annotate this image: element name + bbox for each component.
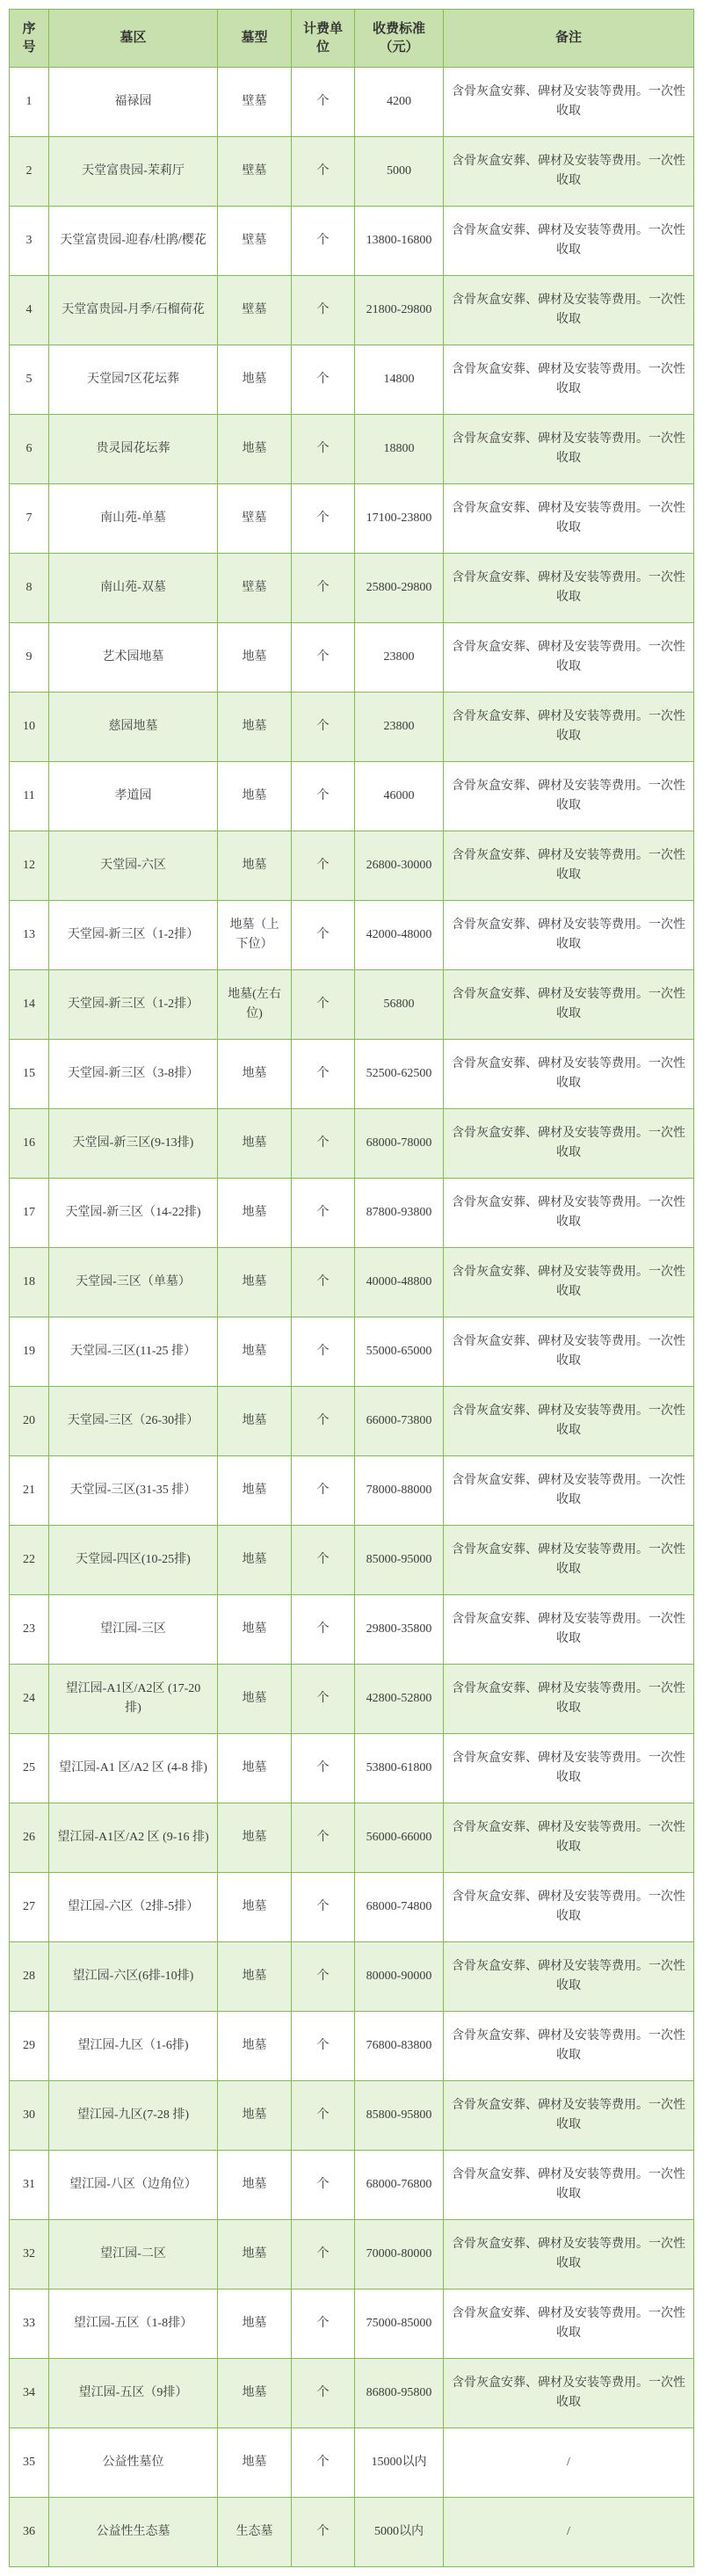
table-row: 15天堂园-新三区（3-8排）地墓个52500-62500含骨灰盒安葬、碑材及安…	[10, 1040, 694, 1109]
cell-unit: 个	[292, 1040, 355, 1109]
cell-price: 42000-48000	[355, 901, 444, 970]
cell-price: 26800-30000	[355, 831, 444, 901]
cell-type: 地墓	[218, 1803, 292, 1873]
cell-type: 地墓	[218, 1179, 292, 1248]
cell-note: 含骨灰盒安葬、碑材及安装等费用。一次性收取	[444, 1734, 694, 1803]
cell-note: 含骨灰盒安葬、碑材及安装等费用。一次性收取	[444, 623, 694, 693]
cell-area: 望江园-A1区/A2 区 (9-16 排)	[49, 1803, 218, 1873]
cell-unit: 个	[292, 1665, 355, 1734]
cell-no: 17	[10, 1179, 49, 1248]
cell-unit: 个	[292, 1387, 355, 1456]
cell-price: 17100-23800	[355, 484, 444, 554]
cell-area: 望江园-三区	[49, 1595, 218, 1665]
cell-note: 含骨灰盒安葬、碑材及安装等费用。一次性收取	[444, 2359, 694, 2428]
table-row: 2天堂富贵园-茉莉厅壁墓个5000含骨灰盒安葬、碑材及安装等费用。一次性收取	[10, 137, 694, 207]
cell-price: 80000-90000	[355, 1942, 444, 2012]
cell-type: 地墓	[218, 1040, 292, 1109]
column-header-unit: 计费单位	[292, 10, 355, 68]
cell-note: 含骨灰盒安葬、碑材及安装等费用。一次性收取	[444, 415, 694, 484]
cell-price: 87800-93800	[355, 1179, 444, 1248]
cell-note: 含骨灰盒安葬、碑材及安装等费用。一次性收取	[444, 2012, 694, 2081]
table-row: 17天堂园-新三区（14-22排)地墓个87800-93800含骨灰盒安葬、碑材…	[10, 1179, 694, 1248]
cell-price: 25800-29800	[355, 554, 444, 623]
cell-type: 地墓	[218, 415, 292, 484]
cell-no: 21	[10, 1456, 49, 1526]
cell-no: 29	[10, 2012, 49, 2081]
cell-note: 含骨灰盒安葬、碑材及安装等费用。一次性收取	[444, 68, 694, 137]
cell-area: 天堂富贵园-月季/石榴荷花	[49, 276, 218, 345]
cell-note: 含骨灰盒安葬、碑材及安装等费用。一次性收取	[444, 762, 694, 831]
cell-type: 地墓	[218, 1873, 292, 1942]
cell-note: 含骨灰盒安葬、碑材及安装等费用。一次性收取	[444, 1248, 694, 1317]
column-header-price: 收费标准（元）	[355, 10, 444, 68]
cell-area: 天堂园-三区（单墓）	[49, 1248, 218, 1317]
cell-price: 13800-16800	[355, 207, 444, 276]
cell-type: 地墓	[218, 2359, 292, 2428]
cell-note: 含骨灰盒安葬、碑材及安装等费用。一次性收取	[444, 1803, 694, 1873]
table-row: 25望江园-A1 区/A2 区 (4-8 排)地墓个53800-61800含骨灰…	[10, 1734, 694, 1803]
cell-unit: 个	[292, 68, 355, 137]
cell-note: 含骨灰盒安葬、碑材及安装等费用。一次性收取	[444, 1873, 694, 1942]
cell-type: 地墓	[218, 2428, 292, 2498]
table-row: 30望江园-九区(7-28 排)地墓个85800-95800含骨灰盒安葬、碑材及…	[10, 2081, 694, 2151]
cell-area: 天堂园-新三区(9-13排)	[49, 1109, 218, 1179]
cell-type: 地墓	[218, 1734, 292, 1803]
cell-note: 含骨灰盒安葬、碑材及安装等费用。一次性收取	[444, 137, 694, 207]
cell-area: 天堂园-新三区（1-2排）	[49, 970, 218, 1040]
table-row: 19天堂园-三区(11-25 排）地墓个55000-65000含骨灰盒安葬、碑材…	[10, 1317, 694, 1387]
cell-price: 56800	[355, 970, 444, 1040]
cell-unit: 个	[292, 762, 355, 831]
cell-area: 艺术园地墓	[49, 623, 218, 693]
cell-note: 含骨灰盒安葬、碑材及安装等费用。一次性收取	[444, 554, 694, 623]
cell-no: 5	[10, 345, 49, 415]
cell-area: 孝道园	[49, 762, 218, 831]
cell-area: 望江园-九区(7-28 排)	[49, 2081, 218, 2151]
table-row: 27望江园-六区（2排-5排）地墓个68000-74800含骨灰盒安葬、碑材及安…	[10, 1873, 694, 1942]
table-row: 12天堂园-六区地墓个26800-30000含骨灰盒安葬、碑材及安装等费用。一次…	[10, 831, 694, 901]
cell-type: 地墓	[218, 1109, 292, 1179]
cell-no: 24	[10, 1665, 49, 1734]
table-row: 32望江园-二区地墓个70000-80000含骨灰盒安葬、碑材及安装等费用。一次…	[10, 2220, 694, 2289]
cell-no: 36	[10, 2498, 49, 2567]
cell-price: 68000-74800	[355, 1873, 444, 1942]
cell-no: 8	[10, 554, 49, 623]
cell-no: 18	[10, 1248, 49, 1317]
cell-unit: 个	[292, 2289, 355, 2359]
column-header-type: 墓型	[218, 10, 292, 68]
cell-area: 天堂园-六区	[49, 831, 218, 901]
cell-type: 壁墓	[218, 554, 292, 623]
cell-price: 52500-62500	[355, 1040, 444, 1109]
cemetery-fee-table: 序号墓区墓型计费单位收费标准（元）备注 1福禄园壁墓个4200含骨灰盒安葬、碑材…	[9, 9, 694, 2567]
cell-unit: 个	[292, 484, 355, 554]
cell-price: 21800-29800	[355, 276, 444, 345]
cell-unit: 个	[292, 1734, 355, 1803]
table-row: 9艺术园地墓地墓个23800含骨灰盒安葬、碑材及安装等费用。一次性收取	[10, 623, 694, 693]
table-row: 31望江园-八区（边角位）地墓个68000-76800含骨灰盒安葬、碑材及安装等…	[10, 2151, 694, 2220]
cell-note: 含骨灰盒安葬、碑材及安装等费用。一次性收取	[444, 693, 694, 762]
cell-no: 25	[10, 1734, 49, 1803]
cell-type: 生态墓	[218, 2498, 292, 2567]
table-row: 13天堂园-新三区（1-2排）地墓（上下位）个42000-48000含骨灰盒安葬…	[10, 901, 694, 970]
cell-area: 慈园地墓	[49, 693, 218, 762]
cell-price: 86800-95800	[355, 2359, 444, 2428]
cell-area: 望江园-九区（1-6排)	[49, 2012, 218, 2081]
cell-type: 地墓	[218, 2220, 292, 2289]
cell-note: /	[444, 2498, 694, 2567]
cell-unit: 个	[292, 2498, 355, 2567]
cell-note: 含骨灰盒安葬、碑材及安装等费用。一次性收取	[444, 1179, 694, 1248]
table-row: 10慈园地墓地墓个23800含骨灰盒安葬、碑材及安装等费用。一次性收取	[10, 693, 694, 762]
cell-no: 28	[10, 1942, 49, 2012]
cell-unit: 个	[292, 2081, 355, 2151]
table-row: 20天堂园-三区（26-30排）地墓个66000-73800含骨灰盒安葬、碑材及…	[10, 1387, 694, 1456]
cell-type: 壁墓	[218, 276, 292, 345]
cell-price: 23800	[355, 623, 444, 693]
cell-no: 4	[10, 276, 49, 345]
cell-note: 含骨灰盒安葬、碑材及安装等费用。一次性收取	[444, 1595, 694, 1665]
cell-unit: 个	[292, 554, 355, 623]
cell-unit: 个	[292, 276, 355, 345]
header-row: 序号墓区墓型计费单位收费标准（元）备注	[10, 10, 694, 68]
table-row: 8南山苑-双墓壁墓个25800-29800含骨灰盒安葬、碑材及安装等费用。一次性…	[10, 554, 694, 623]
cell-price: 46000	[355, 762, 444, 831]
cell-type: 地墓	[218, 1248, 292, 1317]
cell-area: 天堂富贵园-茉莉厅	[49, 137, 218, 207]
cell-no: 9	[10, 623, 49, 693]
cell-price: 5000以内	[355, 2498, 444, 2567]
cell-price: 68000-76800	[355, 2151, 444, 2220]
cell-price: 53800-61800	[355, 1734, 444, 1803]
cell-unit: 个	[292, 2220, 355, 2289]
cell-note: 含骨灰盒安葬、碑材及安装等费用。一次性收取	[444, 207, 694, 276]
cell-type: 壁墓	[218, 137, 292, 207]
cell-note: 含骨灰盒安葬、碑材及安装等费用。一次性收取	[444, 901, 694, 970]
fee-table-body: 1福禄园壁墓个4200含骨灰盒安葬、碑材及安装等费用。一次性收取2天堂富贵园-茉…	[10, 68, 694, 2567]
cell-no: 13	[10, 901, 49, 970]
cell-area: 南山苑-双墓	[49, 554, 218, 623]
cell-price: 70000-80000	[355, 2220, 444, 2289]
cell-note: 含骨灰盒安葬、碑材及安装等费用。一次性收取	[444, 1387, 694, 1456]
cell-price: 76800-83800	[355, 2012, 444, 2081]
cell-no: 32	[10, 2220, 49, 2289]
table-row: 22天堂园-四区(10-25排)地墓个85000-95000含骨灰盒安葬、碑材及…	[10, 1526, 694, 1595]
cell-unit: 个	[292, 623, 355, 693]
cell-type: 地墓	[218, 1942, 292, 2012]
cell-no: 27	[10, 1873, 49, 1942]
cell-note: 含骨灰盒安葬、碑材及安装等费用。一次性收取	[444, 831, 694, 901]
cell-note: 含骨灰盒安葬、碑材及安装等费用。一次性收取	[444, 970, 694, 1040]
cell-price: 23800	[355, 693, 444, 762]
cell-note: 含骨灰盒安葬、碑材及安装等费用。一次性收取	[444, 484, 694, 554]
cell-area: 贵灵园花坛葬	[49, 415, 218, 484]
cell-no: 12	[10, 831, 49, 901]
table-row: 34望江园-五区（9排）地墓个86800-95800含骨灰盒安葬、碑材及安装等费…	[10, 2359, 694, 2428]
cell-area: 望江园-六区（2排-5排）	[49, 1873, 218, 1942]
cell-type: 壁墓	[218, 68, 292, 137]
cell-type: 地墓	[218, 623, 292, 693]
cell-unit: 个	[292, 1526, 355, 1595]
cell-type: 壁墓	[218, 207, 292, 276]
table-row: 35公益性墓位地墓个15000以内/	[10, 2428, 694, 2498]
table-row: 1福禄园壁墓个4200含骨灰盒安葬、碑材及安装等费用。一次性收取	[10, 68, 694, 137]
table-row: 36公益性生态墓生态墓个5000以内/	[10, 2498, 694, 2567]
cell-no: 23	[10, 1595, 49, 1665]
cell-no: 20	[10, 1387, 49, 1456]
cell-price: 4200	[355, 68, 444, 137]
table-row: 33望江园-五区（1-8排）地墓个75000-85000含骨灰盒安葬、碑材及安装…	[10, 2289, 694, 2359]
cell-no: 33	[10, 2289, 49, 2359]
cell-area: 天堂园-三区(31-35 排）	[49, 1456, 218, 1526]
cell-type: 壁墓	[218, 484, 292, 554]
table-row: 7南山苑-单墓壁墓个17100-23800含骨灰盒安葬、碑材及安装等费用。一次性…	[10, 484, 694, 554]
cell-area: 天堂富贵园-迎春/杜鹃/樱花	[49, 207, 218, 276]
table-row: 4天堂富贵园-月季/石榴荷花壁墓个21800-29800含骨灰盒安葬、碑材及安装…	[10, 276, 694, 345]
cell-unit: 个	[292, 207, 355, 276]
document-page: 序号墓区墓型计费单位收费标准（元）备注 1福禄园壁墓个4200含骨灰盒安葬、碑材…	[0, 0, 703, 2576]
cell-price: 66000-73800	[355, 1387, 444, 1456]
table-row: 14天堂园-新三区（1-2排）地墓(左右位)个56800含骨灰盒安葬、碑材及安装…	[10, 970, 694, 1040]
column-header-area: 墓区	[49, 10, 218, 68]
cell-unit: 个	[292, 1456, 355, 1526]
cell-unit: 个	[292, 1595, 355, 1665]
cell-unit: 个	[292, 1109, 355, 1179]
cell-note: 含骨灰盒安葬、碑材及安装等费用。一次性收取	[444, 1526, 694, 1595]
cell-area: 天堂园-三区(11-25 排）	[49, 1317, 218, 1387]
cell-type: 地墓	[218, 762, 292, 831]
cell-unit: 个	[292, 2428, 355, 2498]
cell-type: 地墓	[218, 1665, 292, 1734]
table-row: 23望江园-三区地墓个29800-35800含骨灰盒安葬、碑材及安装等费用。一次…	[10, 1595, 694, 1665]
cell-unit: 个	[292, 831, 355, 901]
cell-note: 含骨灰盒安葬、碑材及安装等费用。一次性收取	[444, 276, 694, 345]
cell-type: 地墓	[218, 1456, 292, 1526]
cell-note: 含骨灰盒安葬、碑材及安装等费用。一次性收取	[444, 1040, 694, 1109]
cell-price: 18800	[355, 415, 444, 484]
cell-note: 含骨灰盒安葬、碑材及安装等费用。一次性收取	[444, 1942, 694, 2012]
cell-type: 地墓	[218, 693, 292, 762]
cell-unit: 个	[292, 693, 355, 762]
cell-unit: 个	[292, 137, 355, 207]
cell-type: 地墓	[218, 2151, 292, 2220]
cell-note: 含骨灰盒安葬、碑材及安装等费用。一次性收取	[444, 1317, 694, 1387]
cell-note: 含骨灰盒安葬、碑材及安装等费用。一次性收取	[444, 2289, 694, 2359]
cell-no: 22	[10, 1526, 49, 1595]
cell-unit: 个	[292, 2151, 355, 2220]
cell-no: 2	[10, 137, 49, 207]
cell-price: 78000-88000	[355, 1456, 444, 1526]
cell-no: 1	[10, 68, 49, 137]
cell-unit: 个	[292, 345, 355, 415]
cell-unit: 个	[292, 415, 355, 484]
cell-no: 34	[10, 2359, 49, 2428]
cell-type: 地墓	[218, 1387, 292, 1456]
table-row: 6贵灵园花坛葬地墓个18800含骨灰盒安葬、碑材及安装等费用。一次性收取	[10, 415, 694, 484]
cell-area: 公益性生态墓	[49, 2498, 218, 2567]
table-row: 24望江园-A1区/A2区 (17-20 排)地墓个42800-52800含骨灰…	[10, 1665, 694, 1734]
cell-no: 16	[10, 1109, 49, 1179]
cell-unit: 个	[292, 1317, 355, 1387]
cell-no: 30	[10, 2081, 49, 2151]
cell-price: 55000-65000	[355, 1317, 444, 1387]
cell-note: /	[444, 2428, 694, 2498]
cell-price: 56000-66000	[355, 1803, 444, 1873]
cell-no: 26	[10, 1803, 49, 1873]
cell-no: 11	[10, 762, 49, 831]
cell-type: 地墓	[218, 2012, 292, 2081]
fee-table-header: 序号墓区墓型计费单位收费标准（元）备注	[10, 10, 694, 68]
cell-area: 天堂园-三区（26-30排）	[49, 1387, 218, 1456]
cell-type: 地墓	[218, 1595, 292, 1665]
cell-note: 含骨灰盒安葬、碑材及安装等费用。一次性收取	[444, 1456, 694, 1526]
cell-area: 望江园-五区（1-8排）	[49, 2289, 218, 2359]
cell-type: 地墓	[218, 831, 292, 901]
cell-area: 望江园-六区(6排-10排)	[49, 1942, 218, 2012]
cell-no: 35	[10, 2428, 49, 2498]
cell-note: 含骨灰盒安葬、碑材及安装等费用。一次性收取	[444, 2151, 694, 2220]
cell-type: 地墓	[218, 345, 292, 415]
cell-unit: 个	[292, 1873, 355, 1942]
cell-price: 85800-95800	[355, 2081, 444, 2151]
cell-note: 含骨灰盒安葬、碑材及安装等费用。一次性收取	[444, 2220, 694, 2289]
cell-price: 42800-52800	[355, 1665, 444, 1734]
table-row: 21天堂园-三区(31-35 排）地墓个78000-88000含骨灰盒安葬、碑材…	[10, 1456, 694, 1526]
cell-unit: 个	[292, 1248, 355, 1317]
cell-area: 望江园-五区（9排）	[49, 2359, 218, 2428]
table-row: 28望江园-六区(6排-10排)地墓个80000-90000含骨灰盒安葬、碑材及…	[10, 1942, 694, 2012]
cell-note: 含骨灰盒安葬、碑材及安装等费用。一次性收取	[444, 1109, 694, 1179]
cell-area: 福禄园	[49, 68, 218, 137]
cell-no: 6	[10, 415, 49, 484]
cell-unit: 个	[292, 901, 355, 970]
cell-price: 85000-95000	[355, 1526, 444, 1595]
cell-area: 南山苑-单墓	[49, 484, 218, 554]
cell-price: 75000-85000	[355, 2289, 444, 2359]
cell-no: 14	[10, 970, 49, 1040]
cell-note: 含骨灰盒安葬、碑材及安装等费用。一次性收取	[444, 1665, 694, 1734]
cell-area: 天堂园-新三区（14-22排)	[49, 1179, 218, 1248]
cell-price: 15000以内	[355, 2428, 444, 2498]
cell-no: 10	[10, 693, 49, 762]
column-header-no: 序号	[10, 10, 49, 68]
cell-type: 地墓	[218, 1526, 292, 1595]
cell-no: 19	[10, 1317, 49, 1387]
cell-no: 7	[10, 484, 49, 554]
cell-type: 地墓	[218, 2081, 292, 2151]
cell-unit: 个	[292, 2012, 355, 2081]
cell-unit: 个	[292, 1803, 355, 1873]
cell-area: 望江园-二区	[49, 2220, 218, 2289]
cell-type: 地墓	[218, 1317, 292, 1387]
cell-unit: 个	[292, 970, 355, 1040]
cell-no: 31	[10, 2151, 49, 2220]
cell-unit: 个	[292, 1179, 355, 1248]
cell-area: 望江园-八区（边角位）	[49, 2151, 218, 2220]
cell-unit: 个	[292, 2359, 355, 2428]
cell-area: 天堂园-四区(10-25排)	[49, 1526, 218, 1595]
cell-unit: 个	[292, 1942, 355, 2012]
table-row: 3天堂富贵园-迎春/杜鹃/樱花壁墓个13800-16800含骨灰盒安葬、碑材及安…	[10, 207, 694, 276]
table-row: 26望江园-A1区/A2 区 (9-16 排)地墓个56000-66000含骨灰…	[10, 1803, 694, 1873]
cell-no: 15	[10, 1040, 49, 1109]
cell-type: 地墓	[218, 2289, 292, 2359]
cell-price: 5000	[355, 137, 444, 207]
cell-area: 公益性墓位	[49, 2428, 218, 2498]
cell-price: 40000-48800	[355, 1248, 444, 1317]
table-row: 29望江园-九区（1-6排)地墓个76800-83800含骨灰盒安葬、碑材及安装…	[10, 2012, 694, 2081]
column-header-note: 备注	[444, 10, 694, 68]
cell-area: 天堂园-新三区（1-2排）	[49, 901, 218, 970]
cell-area: 天堂园-新三区（3-8排）	[49, 1040, 218, 1109]
cell-area: 天堂园7区花坛葬	[49, 345, 218, 415]
cell-price: 29800-35800	[355, 1595, 444, 1665]
cell-note: 含骨灰盒安葬、碑材及安装等费用。一次性收取	[444, 345, 694, 415]
table-row: 5天堂园7区花坛葬地墓个14800含骨灰盒安葬、碑材及安装等费用。一次性收取	[10, 345, 694, 415]
cell-price: 68000-78000	[355, 1109, 444, 1179]
cell-area: 望江园-A1区/A2区 (17-20 排)	[49, 1665, 218, 1734]
cell-type: 地墓(左右位)	[218, 970, 292, 1040]
cell-note: 含骨灰盒安葬、碑材及安装等费用。一次性收取	[444, 2081, 694, 2151]
cell-no: 3	[10, 207, 49, 276]
table-row: 16天堂园-新三区(9-13排)地墓个68000-78000含骨灰盒安葬、碑材及…	[10, 1109, 694, 1179]
cell-area: 望江园-A1 区/A2 区 (4-8 排)	[49, 1734, 218, 1803]
table-row: 11孝道园地墓个46000含骨灰盒安葬、碑材及安装等费用。一次性收取	[10, 762, 694, 831]
cell-type: 地墓（上下位）	[218, 901, 292, 970]
cell-price: 14800	[355, 345, 444, 415]
table-row: 18天堂园-三区（单墓）地墓个40000-48800含骨灰盒安葬、碑材及安装等费…	[10, 1248, 694, 1317]
